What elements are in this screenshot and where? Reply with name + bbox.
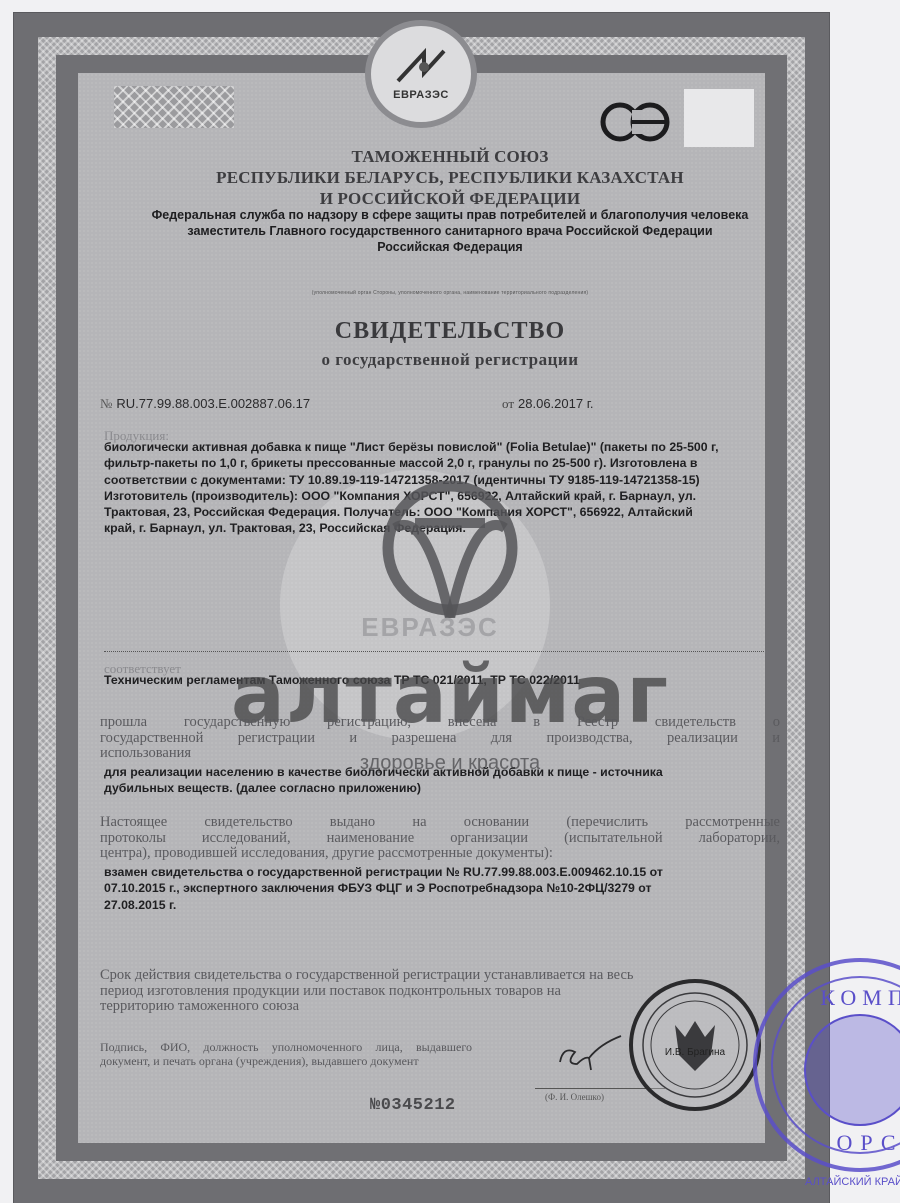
purpose-line: дубильных веществ. (далее согласно прило… xyxy=(104,780,784,796)
agency-heading: Федеральная служба по надзору в сфере за… xyxy=(0,207,900,255)
validity-line: территорию таможенного союза xyxy=(100,999,660,1015)
company-seal-region: АЛТАЙСКИЙ КРАЙ, г. Б xyxy=(805,1175,900,1188)
validity-line: период изготовления продукции или постав… xyxy=(100,984,660,1000)
validity-line: Срок действия свидетельства о государств… xyxy=(100,968,660,984)
watermark-logo-icon xyxy=(355,478,545,618)
basis-documents: взамен свидетельства о государственной р… xyxy=(104,864,784,913)
date-value: 28.06.2017 г. xyxy=(518,396,593,411)
union-line: И РОССИЙСКОЙ ФЕДЕРАЦИИ xyxy=(0,188,900,209)
signer-name-caption: (Ф. И. Олешко) xyxy=(545,1092,604,1102)
validity-statement: Срок действия свидетельства о государств… xyxy=(100,968,660,1015)
registration-number: №RU.77.99.88.003.E.002887.06.17 xyxy=(100,396,310,412)
seal-signer-name: И.В. Брагина xyxy=(665,1047,726,1058)
eurasec-emblem: ЕВРАЗЭС xyxy=(365,20,477,128)
union-line: РЕСПУБЛИКИ БЕЛАРУСЬ, РЕСПУБЛИКИ КАЗАХСТА… xyxy=(0,167,900,188)
number-value: RU.77.99.88.003.E.002887.06.17 xyxy=(116,396,310,411)
agency-line: Российская Федерация xyxy=(0,239,900,255)
agency-line: Федеральная служба по надзору в сфере за… xyxy=(0,207,900,223)
hologram-sticker xyxy=(684,89,754,147)
registration-date: от28.06.2017 г. xyxy=(502,396,593,412)
product-line: биологически активная добавка к пище "Ли… xyxy=(104,439,784,455)
issuer-caption: (уполномоченный орган Стороны, уполномоч… xyxy=(0,290,900,296)
basis-doc-line: 07.10.2015 г., экспертного заключения ФБ… xyxy=(104,880,784,896)
serial-number: №0345212 xyxy=(370,1096,456,1115)
union-heading: ТАМОЖЕННЫЙ СОЮЗ РЕСПУБЛИКИ БЕЛАРУСЬ, РЕС… xyxy=(0,146,900,209)
basis-doc-line: взамен свидетельства о государственной р… xyxy=(104,864,784,880)
basis-doc-line: 27.08.2015 г. xyxy=(104,897,784,913)
number-prefix: № xyxy=(100,396,112,411)
basis-statement: Настоящее свидетельство выдано на основа… xyxy=(100,815,780,862)
basis-line: протоколы исследований, наименование орг… xyxy=(100,831,780,847)
agency-line: заместитель Главного государственного са… xyxy=(0,223,900,239)
signature-caption: Подпись, ФИО, должность уполномоченного … xyxy=(100,1040,472,1068)
purpose-text: для реализации населению в качестве биол… xyxy=(104,764,784,797)
union-line: ТАМОЖЕННЫЙ СОЮЗ xyxy=(0,146,900,167)
basis-line: центра), проводившей исследования, други… xyxy=(100,846,780,862)
date-prefix: от xyxy=(502,396,514,411)
svg-text:КОМП: КОМП xyxy=(820,985,900,1010)
watermark-emblem-text: ЕВРАЗЭС xyxy=(320,612,540,643)
product-line: фильтр-пакеты по 1,0 г, брикеты прессова… xyxy=(104,455,784,471)
conformity-mark-icon xyxy=(598,100,674,144)
document-subtitle: о государственной регистрации xyxy=(0,350,900,370)
svg-text:ОРС: ОРС xyxy=(836,1130,900,1155)
signature-icon xyxy=(555,1034,625,1074)
purpose-line: для реализации населению в качестве биол… xyxy=(104,764,784,780)
eurasec-logo-icon xyxy=(394,47,448,87)
document-title: СВИДЕТЕЛЬСТВО xyxy=(0,318,900,345)
emblem-label: ЕВРАЗЭС xyxy=(393,89,449,101)
security-pattern xyxy=(114,86,234,128)
registry-line: прошла государственную регистрацию, внес… xyxy=(100,715,780,731)
company-seal-icon: КОМП ОРС АЛТАЙСКИЙ КРАЙ, г. Б xyxy=(740,945,900,1195)
registry-line: государственной регистрации и разрешена … xyxy=(100,731,780,747)
basis-line: Настоящее свидетельство выдано на основа… xyxy=(100,815,780,831)
